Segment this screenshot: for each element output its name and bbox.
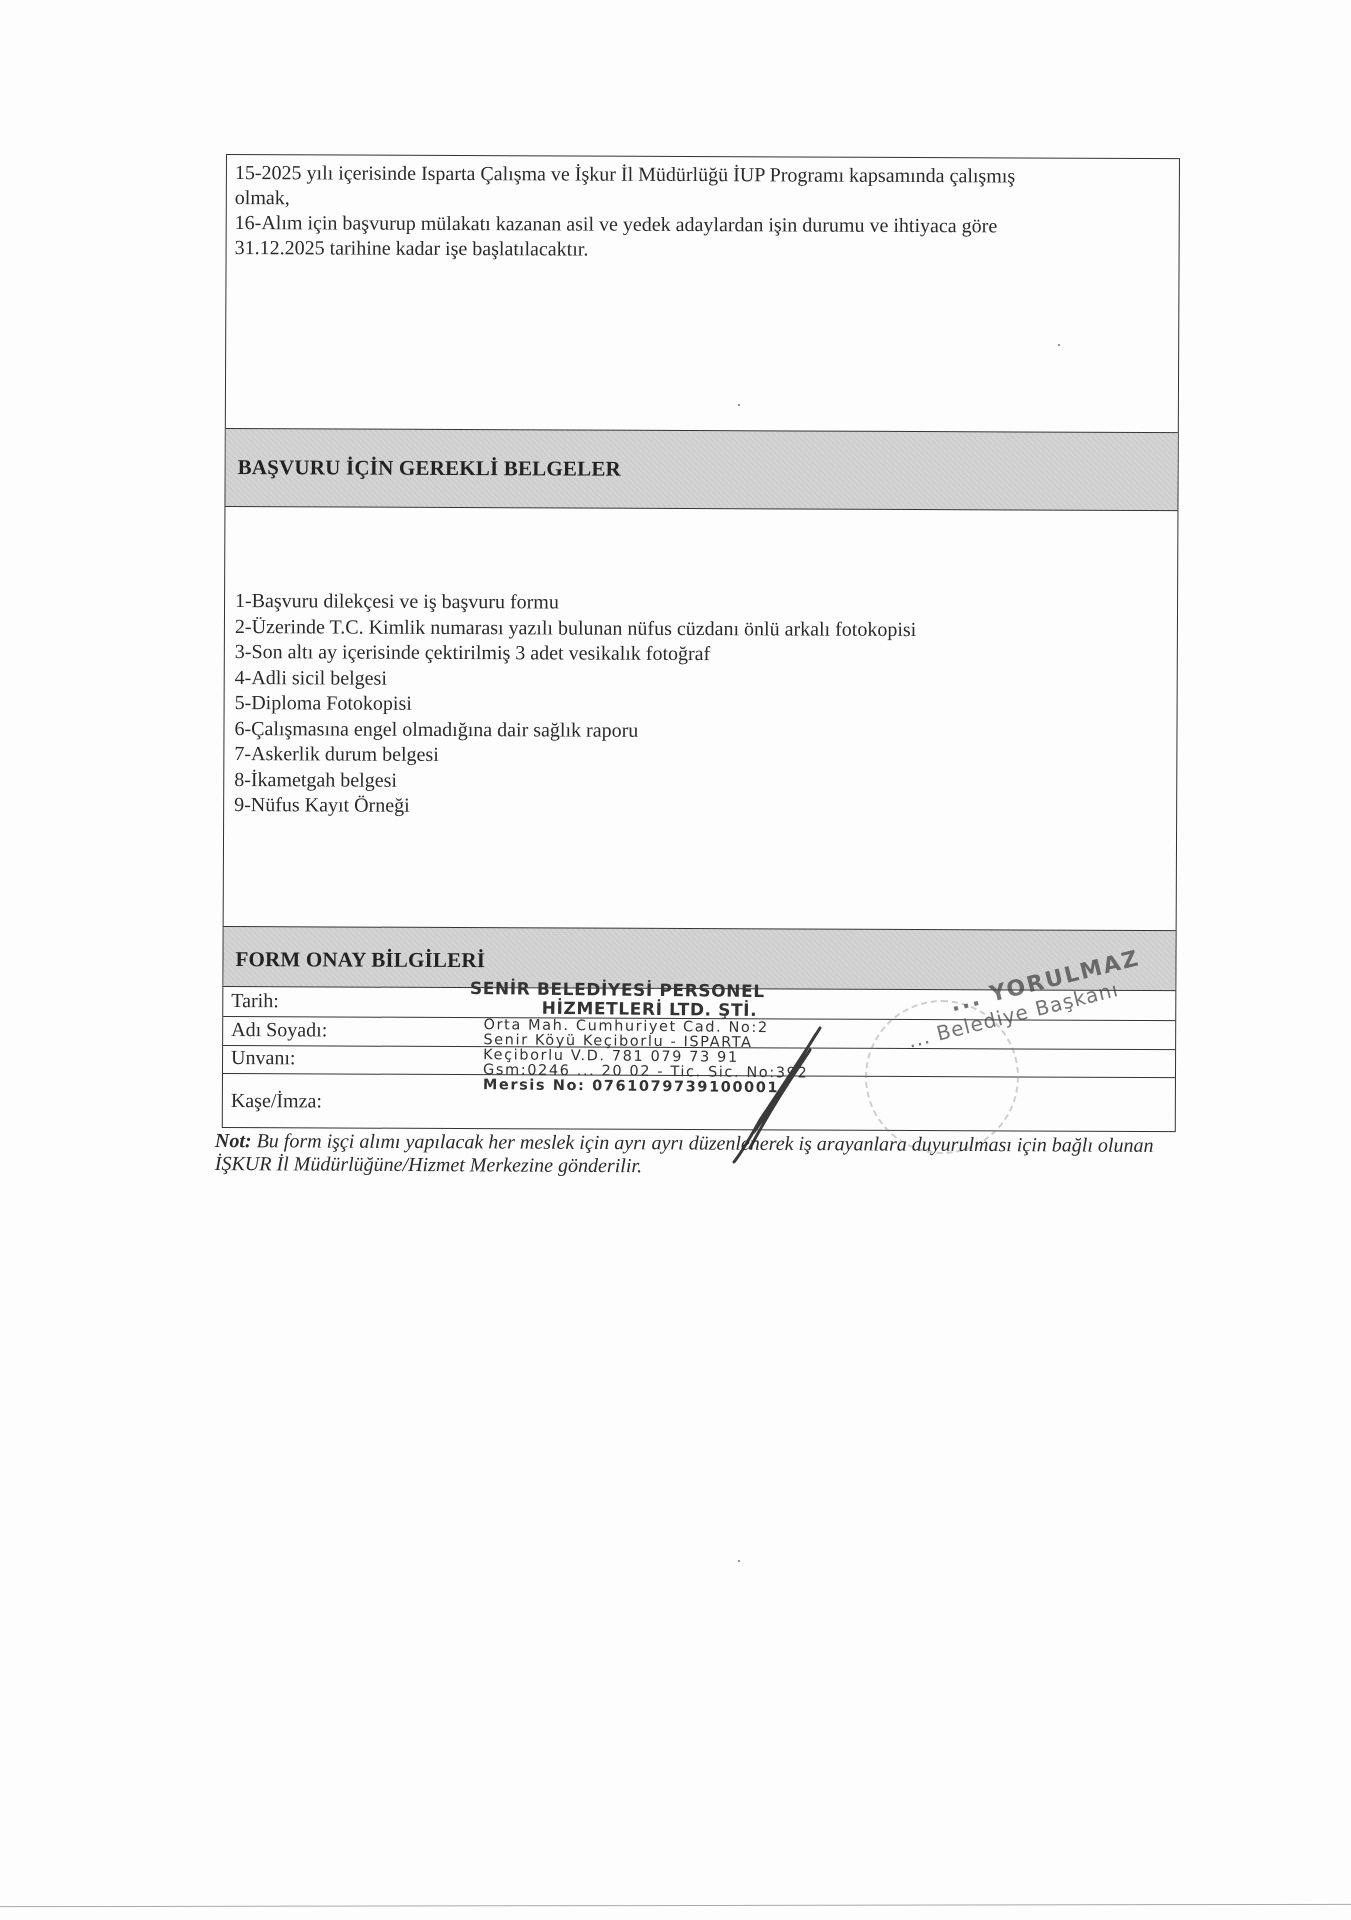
footnote: Not: Bu form işçi alımı yapılacak her me…: [215, 1130, 1205, 1181]
scan-edge-line: [0, 1904, 1351, 1907]
approval-row-name: Adı Soyadı:: [223, 1017, 1175, 1050]
form-approval-title: FORM ONAY BİLGİLERİ: [235, 947, 485, 973]
stamp-signature-label: Kaşe/İmza:: [231, 1090, 322, 1113]
note-text: Bu form işçi alımı yapılacak her meslek …: [215, 1130, 1154, 1177]
required-documents-title: BAŞVURU İÇİN GEREKLİ BELGELER: [238, 455, 621, 482]
name-label: Adı Soyadı:: [231, 1019, 327, 1042]
document-item: 5-Diploma Fotokopisi: [235, 691, 1167, 721]
approval-row-title: Unvanı:: [223, 1046, 1175, 1078]
document-item: 7-Askerlik durum belgesi: [234, 742, 1166, 772]
form-approval-header: FORM ONAY BİLGİLERİ: [223, 926, 1175, 991]
document-item: 9-Nüfus Kayıt Örneği: [234, 793, 1166, 823]
approval-row-stamp-signature: Kaşe/İmza:: [223, 1074, 1175, 1131]
criteria-section: 15-2025 yılı içerisinde Isparta Çalışma …: [226, 155, 1179, 432]
criteria-line: 31.12.2025 tarihine kadar işe başlatılac…: [235, 236, 1171, 265]
date-label: Tarih:: [231, 990, 279, 1013]
required-documents-list: 1-Başvuru dilekçesi ve iş başvuru formu …: [224, 507, 1178, 930]
scanned-page: 15-2025 yılı içerisinde Isparta Çalışma …: [0, 0, 1351, 1920]
job-posting-form-table: 15-2025 yılı içerisinde Isparta Çalışma …: [222, 154, 1180, 1132]
required-documents-header: BAŞVURU İÇİN GEREKLİ BELGELER: [225, 428, 1177, 511]
criteria-line: 15-2025 yılı içerisinde Isparta Çalışma …: [235, 161, 1171, 190]
document-item: 3-Son altı ay içerisinde çektirilmiş 3 a…: [235, 640, 1167, 670]
approval-row-date: Tarih:: [223, 987, 1175, 1021]
title-label: Unvanı:: [231, 1047, 296, 1070]
scan-speck: [1058, 344, 1060, 346]
note-label: Not:: [215, 1130, 252, 1152]
scan-speck: [738, 1560, 740, 1562]
scan-speck: [738, 404, 740, 406]
document-item: 1-Başvuru dilekçesi ve iş başvuru formu: [235, 589, 1167, 619]
